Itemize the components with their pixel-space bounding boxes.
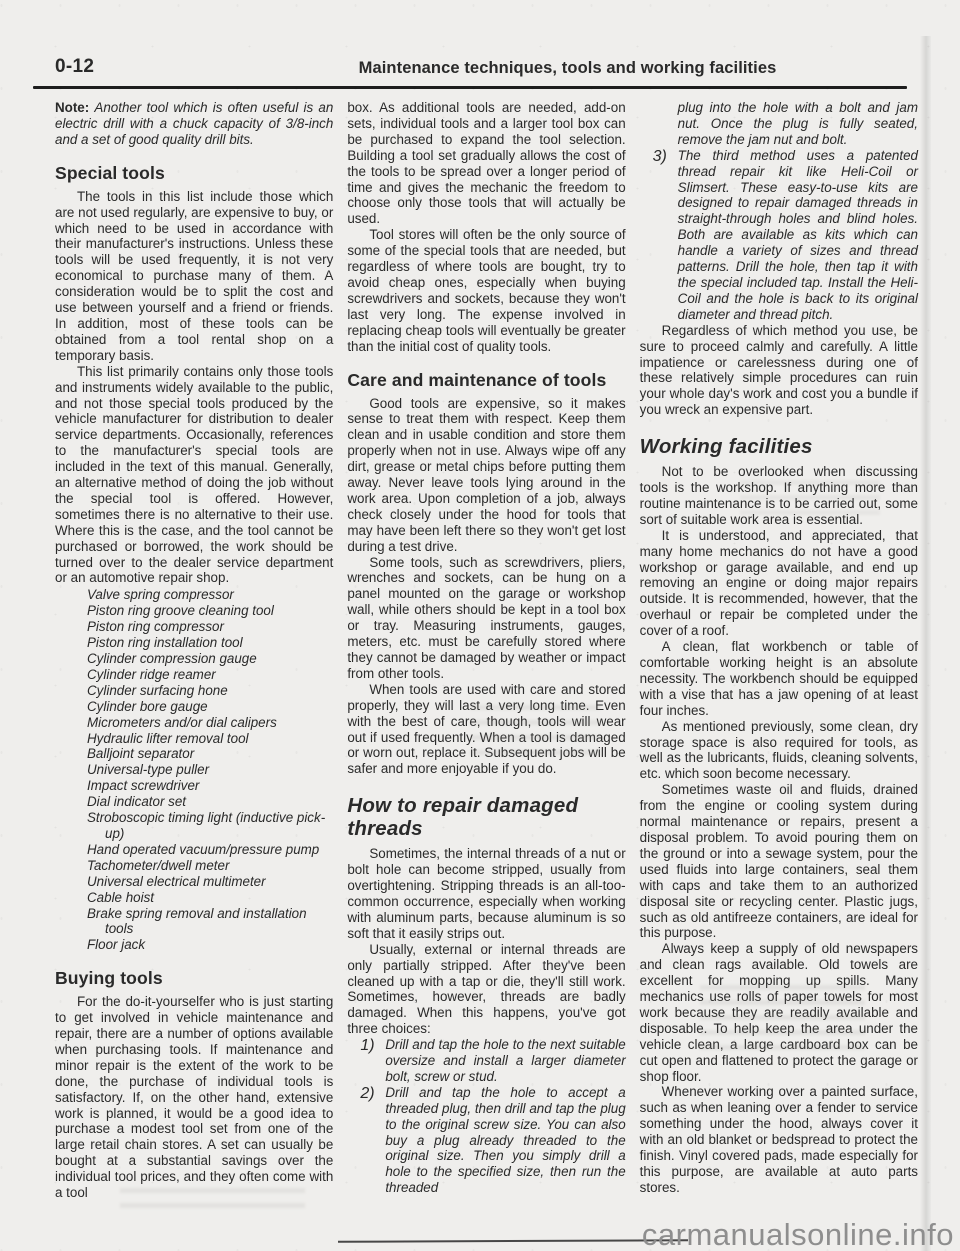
paragraph: Whenever working over a painted surface,… [640, 1084, 918, 1195]
paragraph-continuation: box. As additional tools are needed, add… [347, 100, 625, 227]
page-edge-shadow [920, 36, 931, 1251]
numbered-item-continuation: plug into the hole with a bolt and jam n… [678, 100, 918, 148]
tool-list-item: Cylinder surfacing hone [87, 683, 333, 699]
item-number: 1) [360, 1037, 385, 1085]
tool-list-item: Valve spring compressor [87, 587, 333, 603]
numbered-item: 2) Drill and tap the hole to accept a th… [347, 1085, 625, 1196]
watermark: carmanualsonline.info [642, 1217, 954, 1251]
paragraph: When tools are used with care and stored… [347, 682, 625, 777]
item-text: The third method uses a patented thread … [678, 148, 918, 323]
tool-list-item: Universal electrical multimeter [87, 874, 333, 890]
paragraph: Good tools are expensive, so it makes se… [347, 396, 625, 555]
note-text: Another tool which is often useful is an… [55, 100, 333, 147]
item-number: 2) [360, 1085, 385, 1196]
tool-list-item: Cable hoist [87, 890, 333, 906]
header-rule [33, 86, 907, 89]
tool-list-item: Floor jack [87, 937, 333, 953]
tool-list-item: Universal-type puller [87, 762, 333, 778]
paragraph: It is understood, and appreciated, that … [640, 528, 918, 639]
paragraph: Usually, external or internal threads ar… [347, 942, 625, 1037]
paragraph: Sometimes, the internal threads of a nut… [347, 846, 625, 941]
note: Note: Another tool which is often useful… [55, 100, 333, 148]
note-label: Note: [55, 100, 89, 115]
paragraph: For the do-it-yourselfer who is just sta… [55, 994, 333, 1201]
paragraph: Not to be overlooked when discussing too… [640, 464, 918, 528]
column-3: plug into the hole with a bolt and jam n… [640, 100, 918, 1201]
tool-list-item: Piston ring compressor [87, 619, 333, 635]
section-heading-buying-tools: Buying tools [55, 968, 333, 989]
paragraph: A clean, flat workbench or table of comf… [640, 639, 918, 719]
item-number: 3) [653, 148, 678, 323]
paragraph: This list primarily contains only those … [55, 364, 333, 587]
item-text: Drill and tap the hole to accept a threa… [385, 1085, 625, 1196]
tool-list-item: Micrometers and/or dial calipers [87, 715, 333, 731]
tool-list-item: Piston ring installation tool [87, 635, 333, 651]
tool-list-item: Stroboscopic timing light (inductive pic… [87, 810, 333, 842]
column-1: Note: Another tool which is often useful… [55, 100, 333, 1201]
section-heading-special-tools: Special tools [55, 163, 333, 184]
paragraph: Tool stores will often be the only sourc… [347, 227, 625, 354]
paragraph: As mentioned previously, some clean, dry… [640, 719, 918, 783]
special-tools-list: Valve spring compressor Piston ring groo… [55, 587, 333, 953]
paragraph: The tools in this list include those whi… [55, 189, 333, 364]
tool-list-item: Cylinder ridge reamer [87, 667, 333, 683]
tool-list-item: Cylinder compression gauge [87, 651, 333, 667]
tool-list-item: Impact screwdriver [87, 778, 333, 794]
tool-list-item: Balljoint separator [87, 746, 333, 762]
tool-list-item: Tachometer/dwell meter [87, 858, 333, 874]
paragraph: Some tools, such as screwdrivers, pliers… [347, 555, 625, 682]
section-heading-repair-threads: How to repair damaged threads [347, 794, 625, 840]
tool-list-item: Hydraulic lifter removal tool [87, 731, 333, 747]
bottom-rule [338, 1239, 688, 1243]
page-title: Maintenance techniques, tools and workin… [0, 59, 920, 78]
paragraph: Always keep a supply of old newspapers a… [640, 941, 918, 1084]
item-text: Drill and tap the hole to the next suita… [385, 1037, 625, 1085]
tool-list-item: Brake spring removal and installation to… [87, 906, 333, 938]
manual-page: 0-12 Maintenance techniques, tools and w… [0, 0, 960, 1251]
three-column-body: Note: Another tool which is often useful… [55, 100, 918, 1201]
paragraph: Sometimes waste oil and fluids, drained … [640, 782, 918, 941]
column-2: box. As additional tools are needed, add… [347, 100, 625, 1201]
tool-list-item: Piston ring groove cleaning tool [87, 603, 333, 619]
numbered-item: 1) Drill and tap the hole to the next su… [347, 1037, 625, 1085]
tool-list-item: Hand operated vacuum/pressure pump [87, 842, 333, 858]
section-heading-working-facilities: Working facilities [640, 435, 918, 458]
section-heading-care-of-tools: Care and maintenance of tools [347, 370, 625, 391]
paragraph: Regardless of which method you use, be s… [640, 323, 918, 418]
tool-list-item: Cylinder bore gauge [87, 699, 333, 715]
numbered-item: 3) The third method uses a patented thre… [640, 148, 918, 323]
tool-list-item: Dial indicator set [87, 794, 333, 810]
